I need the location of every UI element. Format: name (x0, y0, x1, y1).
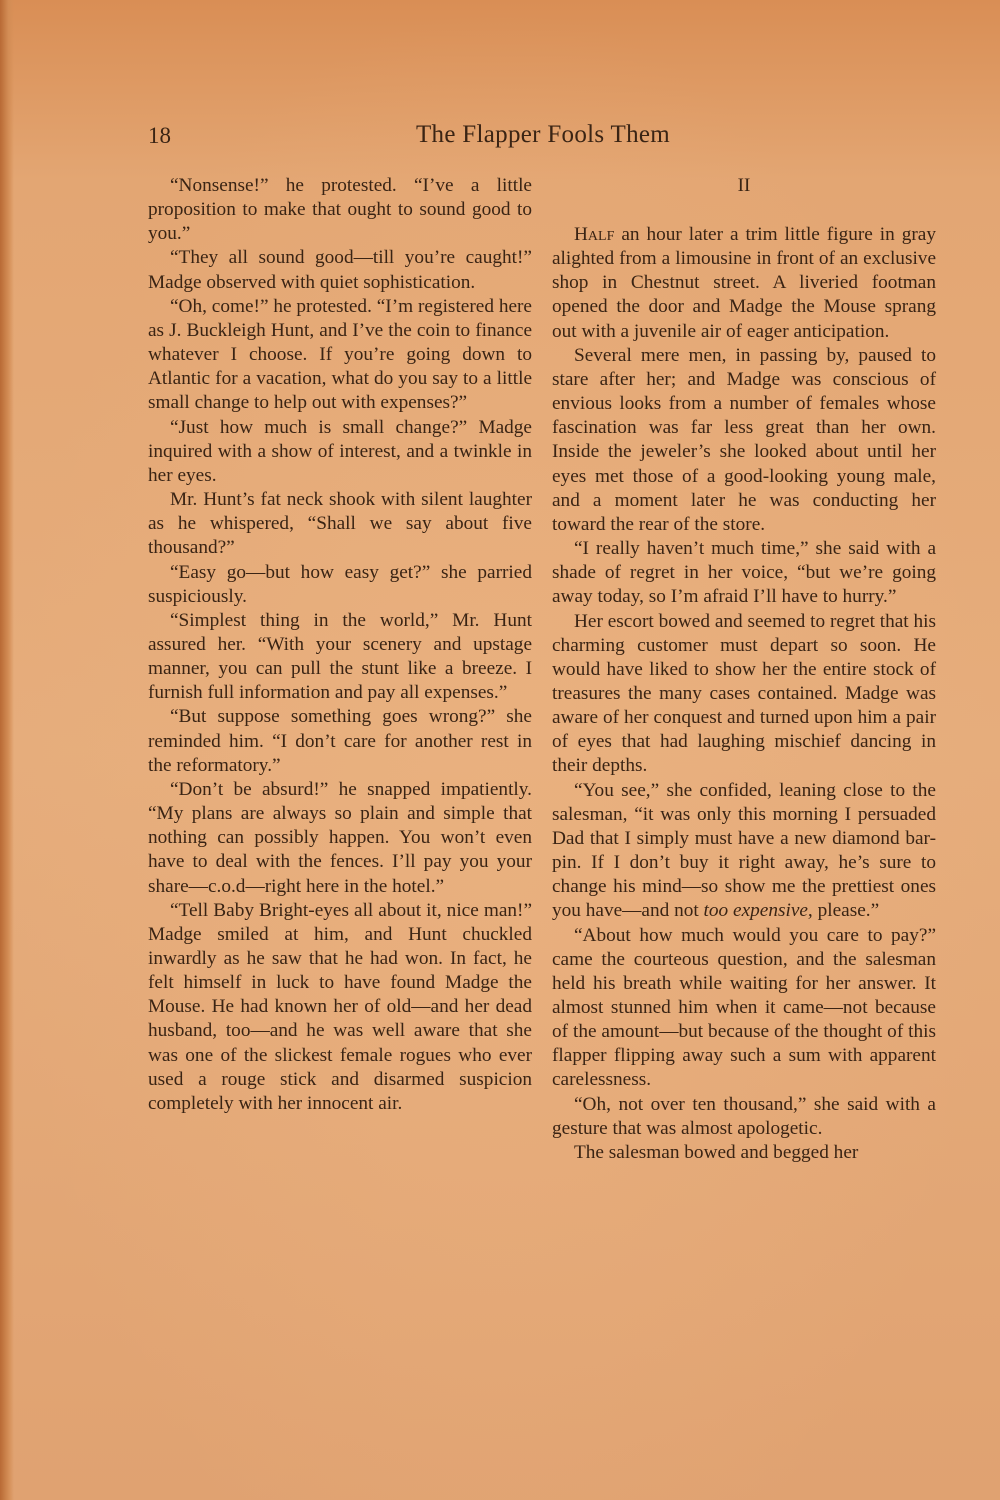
paragraph: “Oh, come!” he protested. “I’m registere… (148, 295, 532, 416)
running-title: The Flapper Fools Them (148, 121, 938, 149)
paragraph: “Simplest thing in the world,” Mr. Hunt … (148, 609, 532, 706)
paragraph: “Don’t be absurd!” he snapped impatientl… (148, 778, 532, 899)
italic-emphasis: too expensive, (704, 900, 813, 921)
paragraph: Several mere men, in passing by, paused … (552, 344, 936, 537)
paragraph: Her escort bowed and seemed to regret th… (552, 610, 936, 779)
paragraph: The salesman bowed and begged her (552, 1141, 936, 1165)
paragraph: “Easy go—but how easy get?” she parried … (148, 561, 532, 609)
paragraph: “But suppose something goes wrong?” she … (148, 705, 532, 777)
paragraph: “Nonsense!” he protested. “I’ve a little… (148, 174, 532, 246)
opening-smallcaps: Half (574, 224, 614, 245)
confide-paragraph: “You see,” she confided, leaning close t… (552, 779, 936, 924)
paragraph: “They all sound good—till you’re caught!… (148, 246, 532, 294)
paragraph: “I really haven’t much time,” she said w… (552, 537, 936, 609)
paragraph: “Just how much is small change?” Madge i… (148, 416, 532, 488)
paragraph: “Tell Baby Bright-eyes all about it, nic… (148, 899, 532, 1116)
paragraph: Mr. Hunt’s fat neck shook with silent la… (148, 488, 532, 560)
text-segment: please.” (813, 900, 879, 921)
page-edge-shadow (0, 0, 14, 1500)
running-head: 18 The Flapper Fools Them (148, 121, 938, 157)
paragraph: “Oh, not over ten thousand,” she said wi… (552, 1093, 936, 1141)
paragraph: “About how much would you care to pay?” … (552, 924, 936, 1093)
section-number: II (552, 174, 936, 198)
right-column: II Half an hour later a trim little figu… (552, 174, 936, 1165)
left-column: “Nonsense!” he protested. “I’ve a little… (148, 174, 532, 1116)
opening-paragraph: Half an hour later a trim little figure … (552, 223, 936, 344)
book-page: 18 The Flapper Fools Them “Nonsense!” he… (0, 0, 1000, 1500)
